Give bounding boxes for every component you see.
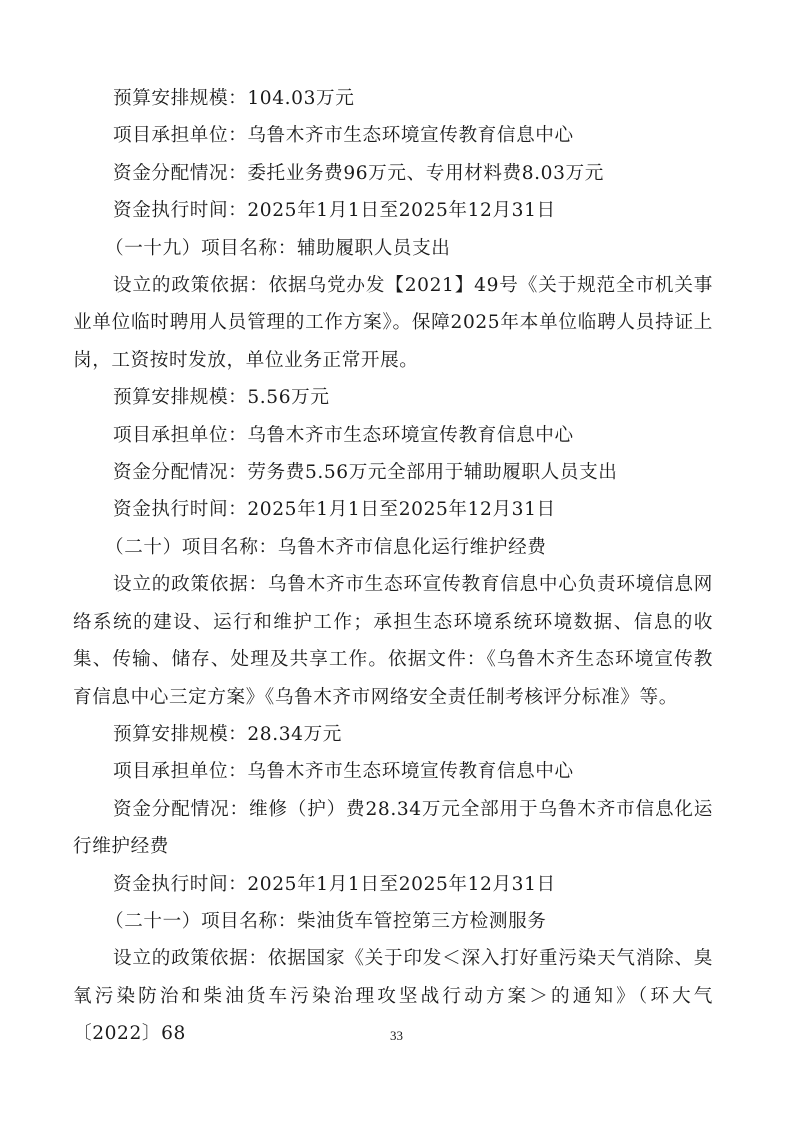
project-heading-20-text: （二十）项目名称：乌鲁木齐市信息化运行维护经费 bbox=[105, 537, 546, 558]
execution-time-19: 资金执行时间：2025年1月1日至2025年12月31日 bbox=[73, 491, 713, 528]
project-heading-20: （二十）项目名称：乌鲁木齐市信息化运行维护经费 bbox=[73, 529, 713, 566]
budget-scale-19: 预算安排规模：5.56万元 bbox=[73, 379, 713, 416]
budget-scale-18: 预算安排规模：104.03万元 bbox=[73, 80, 713, 117]
document-page: 预算安排规模：104.03万元 项目承担单位：乌鲁木齐市生态环境宣传教育信息中心… bbox=[73, 80, 713, 1053]
fund-allocation-19: 资金分配情况：劳务费5.56万元全部用于辅助履职人员支出 bbox=[73, 454, 713, 491]
project-heading-19: （一十九）项目名称：辅助履职人员支出 bbox=[73, 230, 713, 267]
execution-time-20: 资金执行时间：2025年1月1日至2025年12月31日 bbox=[73, 866, 713, 903]
undertaking-unit-20: 项目承担单位：乌鲁木齐市生态环境宣传教育信息中心 bbox=[73, 753, 713, 790]
project-heading-19-text: （一十九）项目名称：辅助履职人员支出 bbox=[105, 238, 451, 259]
fund-allocation-20: 资金分配情况：维修（护）费28.34万元全部用于乌鲁木齐市信息化运行维护经费 bbox=[73, 791, 713, 866]
page-number: 33 bbox=[0, 1028, 793, 1044]
policy-basis-20: 设立的政策依据：乌鲁木齐市生态环宣传教育信息中心负责环境信息网络系统的建设、运行… bbox=[73, 566, 713, 716]
policy-basis-19: 设立的政策依据：依据乌党办发【2021】49号《关于规范全市机关事业单位临时聘用… bbox=[73, 267, 713, 379]
execution-time-18: 资金执行时间：2025年1月1日至2025年12月31日 bbox=[73, 192, 713, 229]
undertaking-unit-18: 项目承担单位：乌鲁木齐市生态环境宣传教育信息中心 bbox=[73, 117, 713, 154]
project-heading-21: （二十一）项目名称：柴油货车管控第三方检测服务 bbox=[73, 903, 713, 940]
undertaking-unit-19: 项目承担单位：乌鲁木齐市生态环境宣传教育信息中心 bbox=[73, 417, 713, 454]
project-heading-21-text: （二十一）项目名称：柴油货车管控第三方检测服务 bbox=[105, 911, 546, 932]
fund-allocation-18: 资金分配情况：委托业务费96万元、专用材料费8.03万元 bbox=[73, 155, 713, 192]
budget-scale-20: 预算安排规模：28.34万元 bbox=[73, 716, 713, 753]
